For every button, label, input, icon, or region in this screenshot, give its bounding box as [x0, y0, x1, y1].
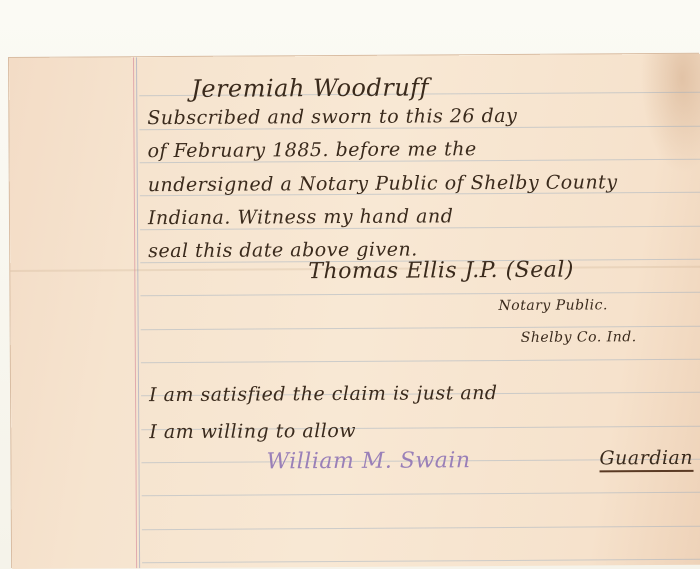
- ruled-line: [141, 359, 700, 363]
- document-page: Jeremiah Woodruff Subscribed and sworn t…: [9, 54, 700, 569]
- approval-line-1: I am satisfied the claim is just and: [149, 382, 498, 406]
- document-heading: Jeremiah Woodruff: [191, 73, 429, 102]
- ruled-line: [142, 492, 700, 496]
- body-line-2: of February 1885. before me the: [148, 138, 477, 162]
- body-line-4: Indiana. Witness my hand and: [148, 205, 454, 229]
- notary-location: Shelby Co. Ind.: [521, 329, 637, 346]
- body-line-1: Subscribed and sworn to this 26 day: [147, 105, 517, 129]
- ruled-line: [142, 559, 700, 563]
- guardian-signature: William M. Swain: [266, 448, 470, 474]
- paper-stain: [640, 54, 700, 174]
- notary-title: Notary Public.: [498, 297, 607, 314]
- approval-line-2: I am willing to allow: [149, 420, 356, 443]
- ruled-line: [140, 292, 700, 296]
- ruled-line: [142, 526, 700, 530]
- body-line-3: undersigned a Notary Public of Shelby Co…: [148, 171, 618, 196]
- guardian-role: Guardian: [599, 447, 693, 473]
- notary-signature: Thomas Ellis J.P. (Seal): [308, 258, 574, 285]
